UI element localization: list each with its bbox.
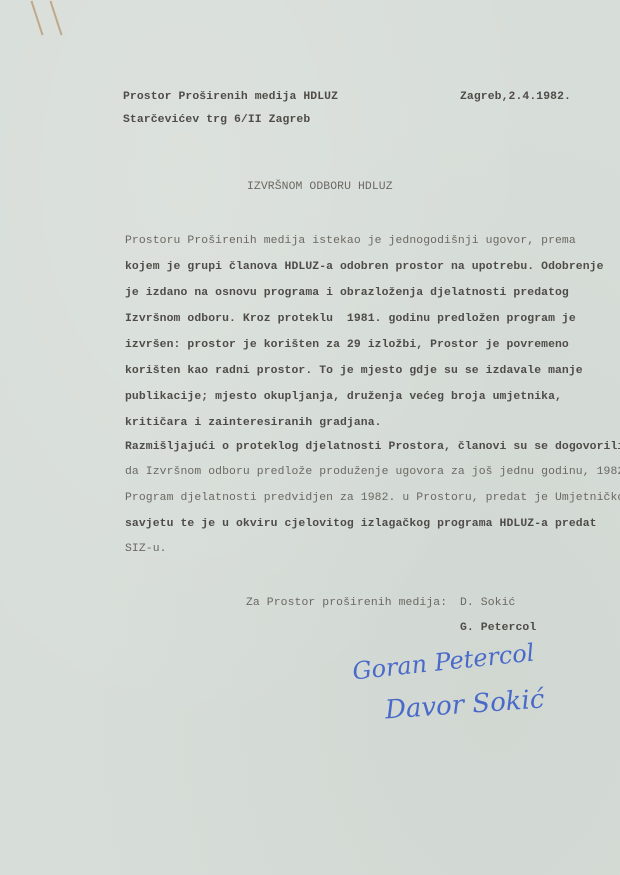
body-line: je izdano na osnovu programa i obrazlože…: [125, 287, 569, 299]
body-line: Prostoru Proširenih medija istekao je je…: [125, 235, 576, 247]
handwritten-signature-1: Goran Petercol: [351, 639, 536, 686]
body-line: publikacije; mjesto okupljanja, druženja…: [125, 391, 562, 403]
body-line: izvršen: prostor je korišten za 29 izlož…: [125, 339, 569, 351]
sender-address: Starčevićev trg 6/II Zagreb: [123, 114, 310, 126]
signature-label: Za Prostor proširenih medija:: [246, 597, 447, 609]
body-line: kritičara i zainteresiranih gradjana.: [125, 417, 382, 429]
body-line: Program djelatnosti predvidjen za 1982. …: [125, 492, 620, 504]
document-page: Prostor Proširenih medija HDLUZ Starčevi…: [0, 0, 620, 875]
recipient: IZVRŠNOM ODBORU HDLUZ: [247, 181, 393, 193]
signatory-2: G. Petercol: [460, 622, 536, 634]
body-line: Izvršnom odboru. Kroz proteklu 1981. god…: [125, 313, 576, 325]
place-date: Zagreb,2.4.1982.: [460, 91, 571, 103]
paper-mark: [49, 1, 62, 36]
body-line: da Izvršnom odboru predlože produženje u…: [125, 466, 620, 478]
sender-name: Prostor Proširenih medija HDLUZ: [123, 91, 338, 103]
body-line: korišten kao radni prostor. To je mjesto…: [125, 365, 583, 377]
signatory-1: D. Sokić: [460, 597, 515, 609]
body-line: savjetu te je u okviru cjelovitog izlaga…: [125, 518, 597, 530]
paper-mark: [30, 1, 43, 36]
body-line: SIZ-u.: [125, 543, 167, 555]
body-line: Razmišljajući o proteklog djelatnosti Pr…: [125, 441, 620, 453]
handwritten-signature-2: Davor Sokić: [384, 684, 545, 725]
body-line: kojem je grupi članova HDLUZ-a odobren p…: [125, 261, 604, 273]
